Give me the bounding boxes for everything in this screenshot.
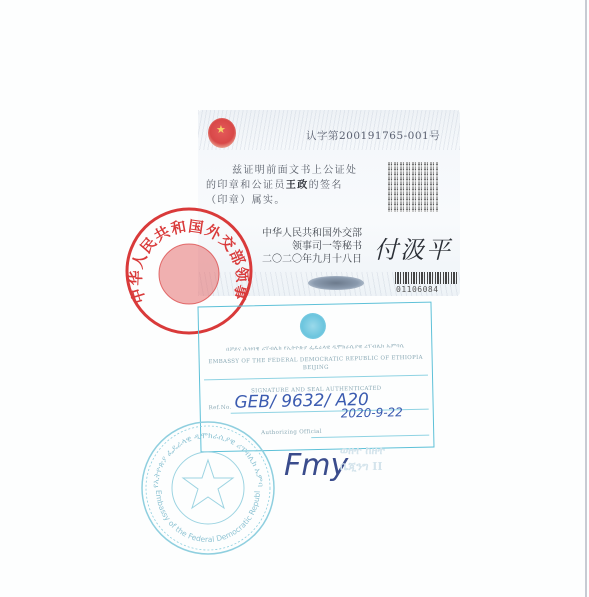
authentication-date: 2020-9-22	[341, 405, 403, 420]
faded-line-2: ቤጂንግ II	[340, 459, 385, 475]
ethiopian-emblem-icon	[300, 313, 327, 340]
barcode-icon	[395, 272, 457, 284]
notary-name: 王政	[286, 180, 309, 191]
stamp-divider	[204, 375, 428, 381]
prc-national-emblem-icon	[208, 118, 236, 148]
faded-line-1: ወዘተ ከዘተ	[340, 443, 385, 459]
stamp-header-amharic: በቻይና ሕዝባዊ ሪፐብሊክ የኢትዮጵያ ፌዴራላዊ ዲሞክራሲያዊ ሪፐብ…	[207, 343, 423, 355]
certificate-number: 认字第200191765-001号	[306, 128, 440, 143]
cert-line-2-prefix: 的印章和公证员	[206, 180, 286, 191]
official-signature: Fmy	[284, 448, 348, 483]
barcode-number: 01106084	[396, 285, 439, 294]
certification-text: 兹证明前面文书上公证处 的印章和公证员王政的签名 （印章）属实。	[206, 163, 381, 208]
ethiopian-embassy-round-seal: የኢትዮጵያ ፌዴራላዊ ዲሞክራሲያዊ ሪፐብሊክ ኤምባሲ Embassy …	[138, 418, 278, 558]
page-edge	[585, 0, 587, 597]
cert-line-1: 兹证明前面文书上公证处	[206, 163, 381, 178]
cert-line-2: 的印章和公证员王政的签名	[206, 178, 381, 193]
stamp-official-line	[311, 435, 429, 438]
faded-stamp-text: ወዘተ ከዘተ ቤጂንግ II	[340, 443, 385, 475]
hologram-seal-icon	[308, 276, 364, 290]
cert-line-2-suffix: 的签名	[309, 180, 343, 191]
qr-code-icon	[388, 162, 438, 212]
stamp-official-label: Authorizing Official	[261, 426, 477, 437]
issuer-signature: 付汲平	[374, 230, 452, 265]
